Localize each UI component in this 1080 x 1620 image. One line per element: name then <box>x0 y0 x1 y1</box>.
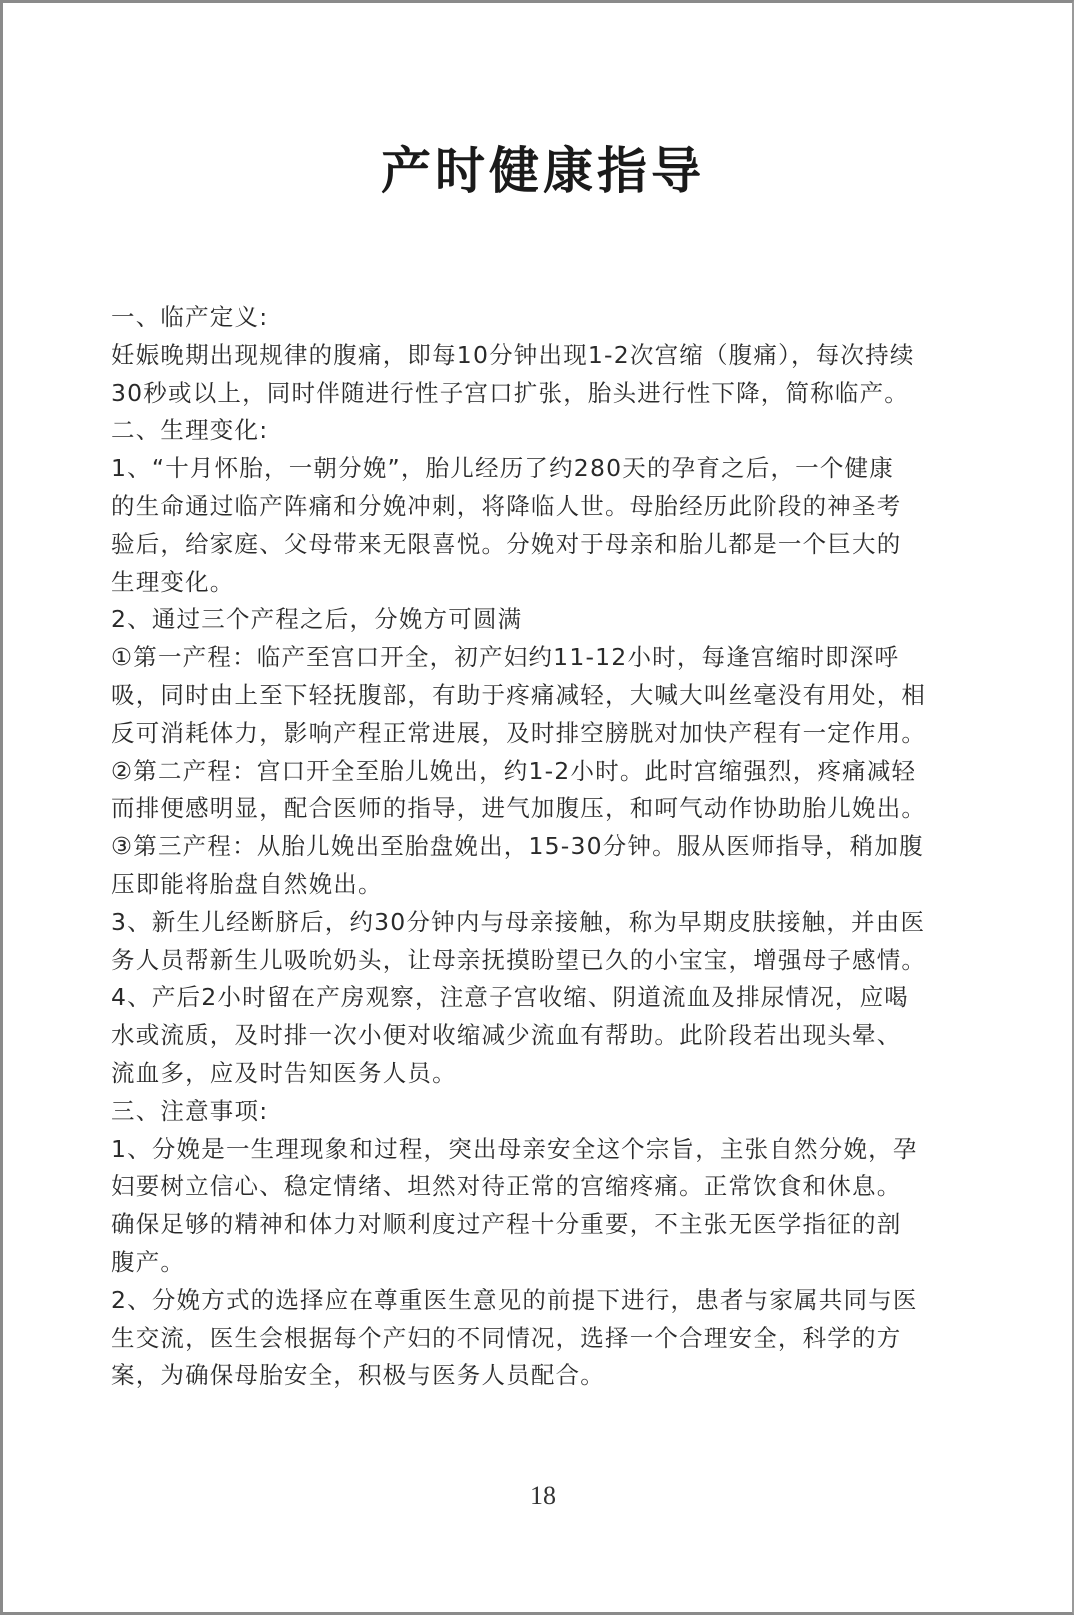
paragraph: 妊娠晚期出现规律的腹痛，即每10分钟出现1-2次宫缩（腹痛），每次持续 30秒或… <box>111 337 971 413</box>
text-line: 压即能将胎盘自然娩出。 <box>111 866 971 904</box>
text-line: 而排便感明显，配合医师的指导，进气加腹压，和呵气动作协助胎儿娩出。 <box>111 790 971 828</box>
text-line: 妇要树立信心、稳定情绪、坦然对待正常的宫缩疼痛。正常饮食和休息。 <box>111 1168 971 1206</box>
text-line: 4、产后2小时留在产房观察，注意子宫收缩、阴道流血及排尿情况，应喝 <box>111 979 971 1017</box>
text-line: 2、分娩方式的选择应在尊重医生意见的前提下进行，患者与家属共同与医 <box>111 1282 971 1320</box>
text-line: 2、通过三个产程之后，分娩方可圆满 <box>111 601 971 639</box>
text-line: 的生命通过临产阵痛和分娩冲刺，将降临人世。母胎经历此阶段的神圣考 <box>111 488 971 526</box>
text-line: 生交流，医生会根据每个产妇的不同情况，选择一个合理安全，科学的方 <box>111 1320 971 1358</box>
text-line: ②第二产程：宫口开全至胎儿娩出，约1-2小时。此时宫缩强烈，疼痛减轻 <box>111 753 971 791</box>
text-line: ①第一产程：临产至宫口开全，初产妇约11-12小时，每逢宫缩时即深呼 <box>111 639 971 677</box>
paragraph: 2、通过三个产程之后，分娩方可圆满 <box>111 601 971 639</box>
text-line: 生理变化。 <box>111 564 971 602</box>
page-title: 产时健康指导 <box>3 141 1080 201</box>
text-line: 1、分娩是一生理现象和过程，突出母亲安全这个宗旨，主张自然分娩，孕 <box>111 1131 971 1169</box>
text-line: 反可消耗体力，影响产程正常进展，及时排空膀胱对加快产程有一定作用。 <box>111 715 971 753</box>
paragraph: 1、分娩是一生理现象和过程，突出母亲安全这个宗旨，主张自然分娩，孕 妇要树立信心… <box>111 1131 971 1282</box>
text-line: 1、“十月怀胎，一朝分娩”，胎儿经历了约280天的孕育之后，一个健康 <box>111 450 971 488</box>
paragraph-stage-three: ③第三产程：从胎儿娩出至胎盘娩出，15-30分钟。服从医师指导，稍加腹 压即能将… <box>111 828 971 904</box>
paragraph: 1、“十月怀胎，一朝分娩”，胎儿经历了约280天的孕育之后，一个健康 的生命通过… <box>111 450 971 601</box>
text-line: 妊娠晚期出现规律的腹痛，即每10分钟出现1-2次宫缩（腹痛），每次持续 <box>111 337 971 375</box>
text-line: ③第三产程：从胎儿娩出至胎盘娩出，15-30分钟。服从医师指导，稍加腹 <box>111 828 971 866</box>
document-body: 一、临产定义: 妊娠晚期出现规律的腹痛，即每10分钟出现1-2次宫缩（腹痛），每… <box>111 299 971 1395</box>
section-precautions: 三、注意事项: 1、分娩是一生理现象和过程，突出母亲安全这个宗旨，主张自然分娩，… <box>111 1093 971 1395</box>
section-physiological-changes: 二、生理变化: 1、“十月怀胎，一朝分娩”，胎儿经历了约280天的孕育之后，一个… <box>111 412 971 1092</box>
document-page: 产时健康指导 一、临产定义: 妊娠晚期出现规律的腹痛，即每10分钟出现1-2次宫… <box>0 0 1074 1615</box>
paragraph: 4、产后2小时留在产房观察，注意子宫收缩、阴道流血及排尿情况，应喝 水或流质，及… <box>111 979 971 1092</box>
section-heading: 三、注意事项: <box>111 1093 971 1131</box>
paragraph: 2、分娩方式的选择应在尊重医生意见的前提下进行，患者与家属共同与医 生交流，医生… <box>111 1282 971 1395</box>
text-line: 30秒或以上，同时伴随进行性子宫口扩张，胎头进行性下降，简称临产。 <box>111 375 971 413</box>
text-line: 3、新生儿经断脐后，约30分钟内与母亲接触，称为早期皮肤接触，并由医 <box>111 904 971 942</box>
text-line: 确保足够的精神和体力对顺利度过产程十分重要，不主张无医学指征的剖 <box>111 1206 971 1244</box>
paragraph-stage-one: ①第一产程：临产至宫口开全，初产妇约11-12小时，每逢宫缩时即深呼 吸，同时由… <box>111 639 971 752</box>
text-line: 水或流质，及时排一次小便对收缩减少流血有帮助。此阶段若出现头晕、 <box>111 1017 971 1055</box>
section-heading: 一、临产定义: <box>111 299 971 337</box>
text-line: 务人员帮新生儿吸吮奶头，让母亲抚摸盼望已久的小宝宝，增强母子感情。 <box>111 942 971 980</box>
section-heading: 二、生理变化: <box>111 412 971 450</box>
paragraph-stage-two: ②第二产程：宫口开全至胎儿娩出，约1-2小时。此时宫缩强烈，疼痛减轻 而排便感明… <box>111 753 971 829</box>
section-labor-definition: 一、临产定义: 妊娠晚期出现规律的腹痛，即每10分钟出现1-2次宫缩（腹痛），每… <box>111 299 971 412</box>
text-line: 验后，给家庭、父母带来无限喜悦。分娩对于母亲和胎儿都是一个巨大的 <box>111 526 971 564</box>
text-line: 流血多，应及时告知医务人员。 <box>111 1055 971 1093</box>
text-line: 案，为确保母胎安全，积极与医务人员配合。 <box>111 1357 971 1395</box>
paragraph: 3、新生儿经断脐后，约30分钟内与母亲接触，称为早期皮肤接触，并由医 务人员帮新… <box>111 904 971 980</box>
page-number: 18 <box>3 1481 1080 1511</box>
text-line: 吸，同时由上至下轻抚腹部，有助于疼痛减轻，大喊大叫丝毫没有用处，相 <box>111 677 971 715</box>
text-line: 腹产。 <box>111 1244 971 1282</box>
